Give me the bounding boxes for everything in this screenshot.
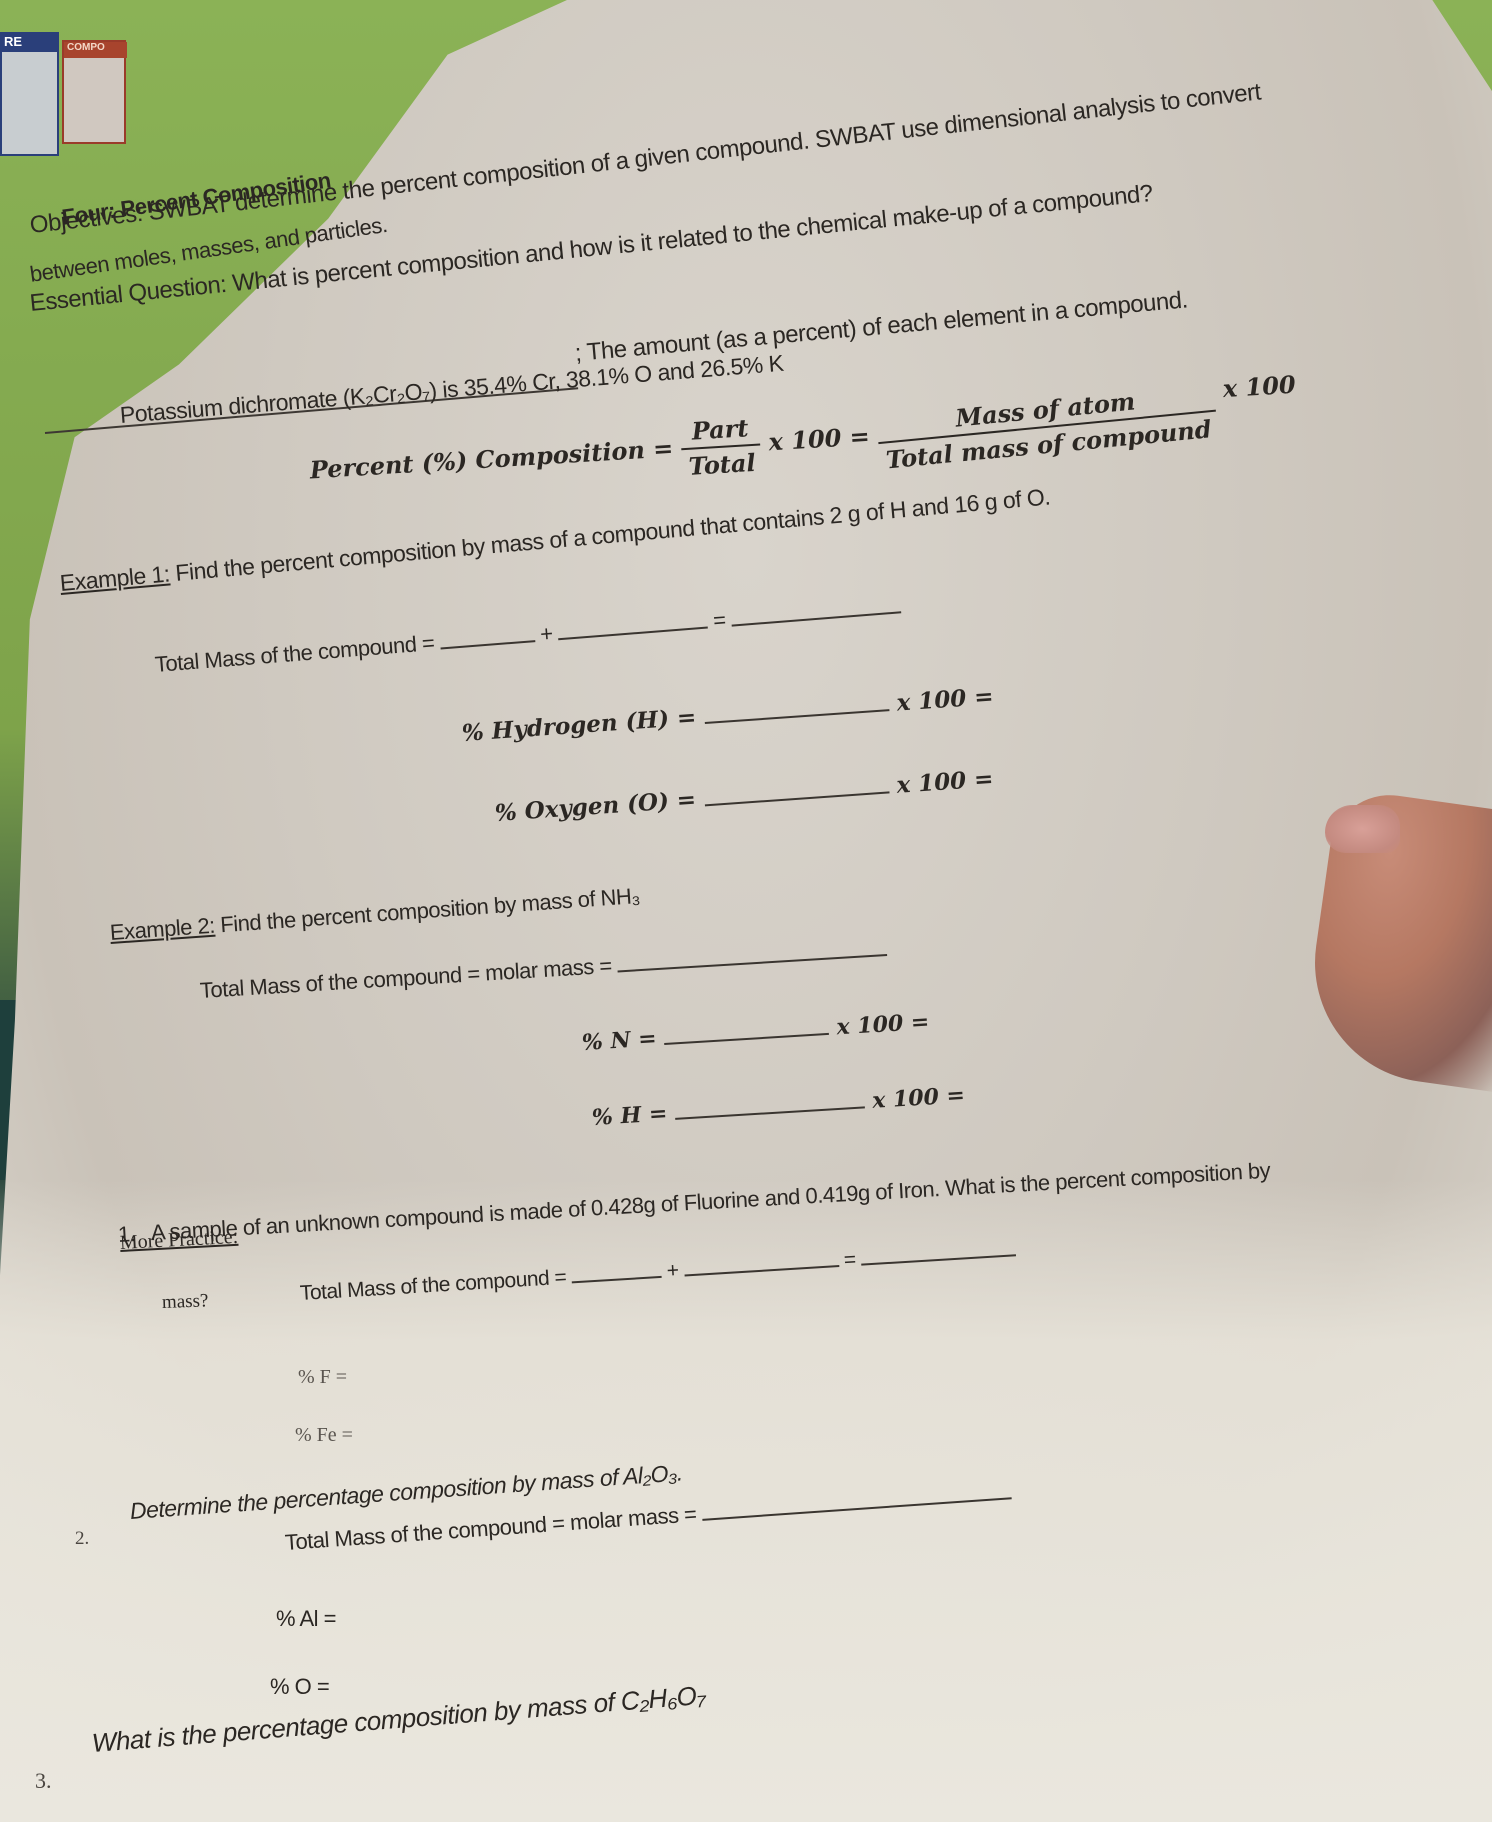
question-2-number: 2. bbox=[75, 1528, 89, 1550]
percent-n-label: % N = bbox=[581, 1025, 657, 1056]
part-over-total-fraction: Part Total bbox=[680, 413, 763, 482]
answer-blank[interactable] bbox=[440, 640, 535, 649]
poster-label: COMPO bbox=[64, 42, 127, 58]
wall-poster: COMPO bbox=[62, 40, 126, 144]
equals-sign: = bbox=[712, 607, 726, 633]
question-3-number: 3. bbox=[35, 1768, 52, 1794]
fraction-denominator: Total bbox=[682, 445, 763, 481]
percent-al-label: % Al = bbox=[276, 1606, 336, 1632]
plus-sign: + bbox=[539, 621, 553, 647]
question-1-continuation: mass? bbox=[162, 1290, 209, 1314]
percent-h-label: % H = bbox=[591, 1100, 668, 1131]
fraction-numerator: Part bbox=[680, 413, 761, 451]
answer-blank[interactable] bbox=[572, 1276, 662, 1283]
poster-label: RE bbox=[2, 34, 59, 52]
percent-f-label: % F = bbox=[298, 1366, 347, 1389]
question-number: 1. bbox=[117, 1221, 136, 1247]
wall-poster: RE bbox=[0, 32, 59, 156]
formula-lhs: Percent (%) Composition = bbox=[309, 433, 674, 484]
equals-sign: = bbox=[843, 1248, 856, 1272]
percent-o-label: % O = bbox=[270, 1674, 329, 1700]
formula-times-100-end: x 100 bbox=[1222, 369, 1296, 402]
plus-sign: + bbox=[666, 1259, 679, 1283]
formula-times-100: x 100 = bbox=[768, 421, 871, 456]
percent-fe-label: % Fe = bbox=[295, 1424, 353, 1447]
thumbnail bbox=[1325, 805, 1400, 853]
